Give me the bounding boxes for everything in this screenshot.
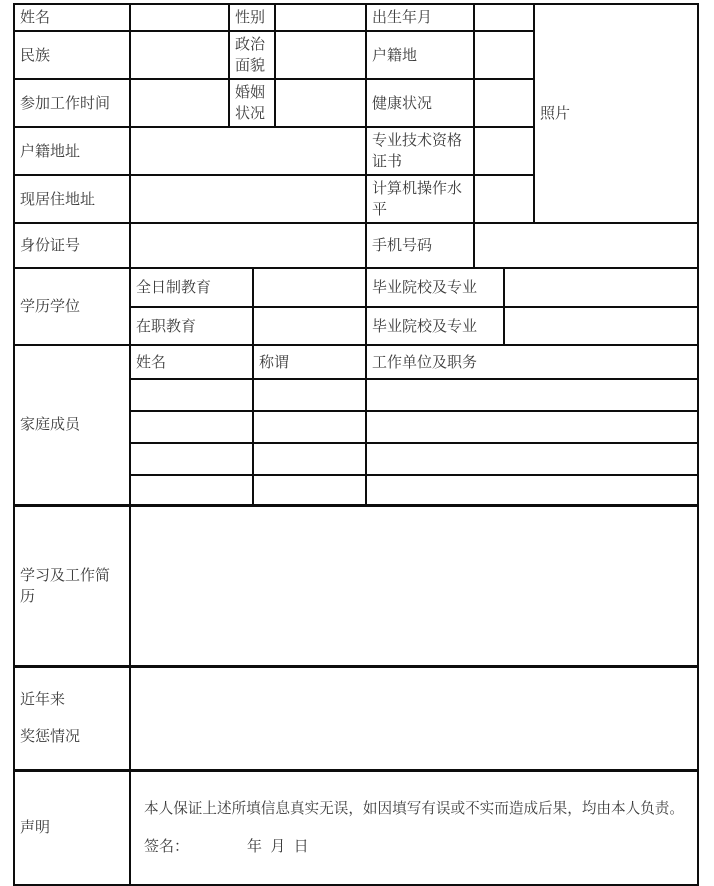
row-name-gender-birth: 姓名 性别 出生年月 照片: [14, 4, 698, 31]
id-number-value: [130, 223, 366, 268]
political-status-value: [275, 31, 366, 79]
household-place-label: 户籍地: [366, 31, 474, 79]
family-work-cell: [366, 379, 698, 411]
family-relation-header: 称谓: [253, 345, 366, 379]
marital-status-value: [275, 79, 366, 127]
computer-skill-value: [474, 175, 534, 223]
health-status-label: 健康状况: [366, 79, 474, 127]
family-relation-cell: [253, 443, 366, 475]
personal-info-form-table: 姓名 性别 出生年月 照片 民族 政治面貌 户籍地 参加工作时间 婚姻状况 健康…: [13, 3, 699, 886]
computer-skill-label: 计算机操作水平: [366, 175, 474, 223]
family-relation-cell: [253, 411, 366, 443]
declaration-statement: 本人保证上述所填信息真实无误，如因填写有误或不实而造成后果，均由本人负责。: [144, 799, 692, 820]
inservice-education-label: 在职教育: [130, 307, 253, 345]
mobile-number-value: [474, 223, 698, 268]
row-id-mobile: 身份证号 手机号码: [14, 223, 698, 268]
current-address-value: [130, 175, 366, 223]
fulltime-education-value: [253, 268, 366, 307]
row-fulltime-education: 学历学位 全日制教育 毕业院校及专业: [14, 268, 698, 307]
household-place-value: [474, 31, 534, 79]
birth-date-label: 出生年月: [366, 4, 474, 31]
family-name-cell: [130, 379, 253, 411]
inservice-school-major-value: [504, 307, 698, 345]
family-relation-cell: [253, 475, 366, 505]
date-placeholder: 年 月 日: [247, 838, 309, 855]
political-status-label: 政治面貌: [229, 31, 275, 79]
personal-info-form-page: 姓名 性别 出生年月 照片 民族 政治面貌 户籍地 参加工作时间 婚姻状况 健康…: [0, 0, 714, 862]
row-declaration: 声明 本人保证上述所填信息真实无误，如因填写有误或不实而造成后果，均由本人负责。…: [14, 770, 698, 885]
resume-section-label: 学习及工作简历: [14, 505, 130, 666]
professional-cert-label: 专业技术资格证书: [366, 127, 474, 175]
work-start-date-label: 参加工作时间: [14, 79, 130, 127]
fulltime-education-label: 全日制教育: [130, 268, 253, 307]
work-start-date-value: [130, 79, 229, 127]
inservice-school-major-label: 毕业院校及专业: [366, 307, 504, 345]
signature-line: 签名：年 月 日: [144, 836, 692, 857]
household-address-label: 户籍地址: [14, 127, 130, 175]
signature-label: 签名：: [144, 838, 189, 855]
family-work-cell: [366, 411, 698, 443]
fulltime-school-major-value: [504, 268, 698, 307]
family-work-header: 工作单位及职务: [366, 345, 698, 379]
row-rewards: 近年来 奖惩情况: [14, 666, 698, 770]
photo-cell: 照片: [534, 4, 698, 223]
household-address-value: [130, 127, 366, 175]
birth-date-value: [474, 4, 534, 31]
rewards-content-area: [130, 666, 698, 770]
declaration-section-label: 声明: [14, 770, 130, 885]
mobile-number-label: 手机号码: [366, 223, 474, 268]
family-section-label: 家庭成员: [14, 345, 130, 505]
current-address-label: 现居住地址: [14, 175, 130, 223]
marital-status-label: 婚姻状况: [229, 79, 275, 127]
id-number-label: 身份证号: [14, 223, 130, 268]
family-name-cell: [130, 411, 253, 443]
professional-cert-value: [474, 127, 534, 175]
resume-content-area: [130, 505, 698, 666]
inservice-education-value: [253, 307, 366, 345]
education-section-label: 学历学位: [14, 268, 130, 345]
gender-value: [275, 4, 366, 31]
health-status-value: [474, 79, 534, 127]
name-label: 姓名: [14, 4, 130, 31]
family-name-cell: [130, 443, 253, 475]
rewards-label-line2: 奖惩情况: [20, 726, 124, 747]
rewards-label-line1: 近年来: [20, 689, 124, 710]
ethnicity-label: 民族: [14, 31, 130, 79]
family-work-cell: [366, 443, 698, 475]
row-resume: 学习及工作简历: [14, 505, 698, 666]
family-name-header: 姓名: [130, 345, 253, 379]
family-relation-cell: [253, 379, 366, 411]
ethnicity-value: [130, 31, 229, 79]
name-value: [130, 4, 229, 31]
gender-label: 性别: [229, 4, 275, 31]
declaration-content-cell: 本人保证上述所填信息真实无误，如因填写有误或不实而造成后果，均由本人负责。 签名…: [130, 770, 698, 885]
row-family-header: 家庭成员 姓名 称谓 工作单位及职务: [14, 345, 698, 379]
fulltime-school-major-label: 毕业院校及专业: [366, 268, 504, 307]
rewards-section-label: 近年来 奖惩情况: [14, 666, 130, 770]
family-work-cell: [366, 475, 698, 505]
family-name-cell: [130, 475, 253, 505]
